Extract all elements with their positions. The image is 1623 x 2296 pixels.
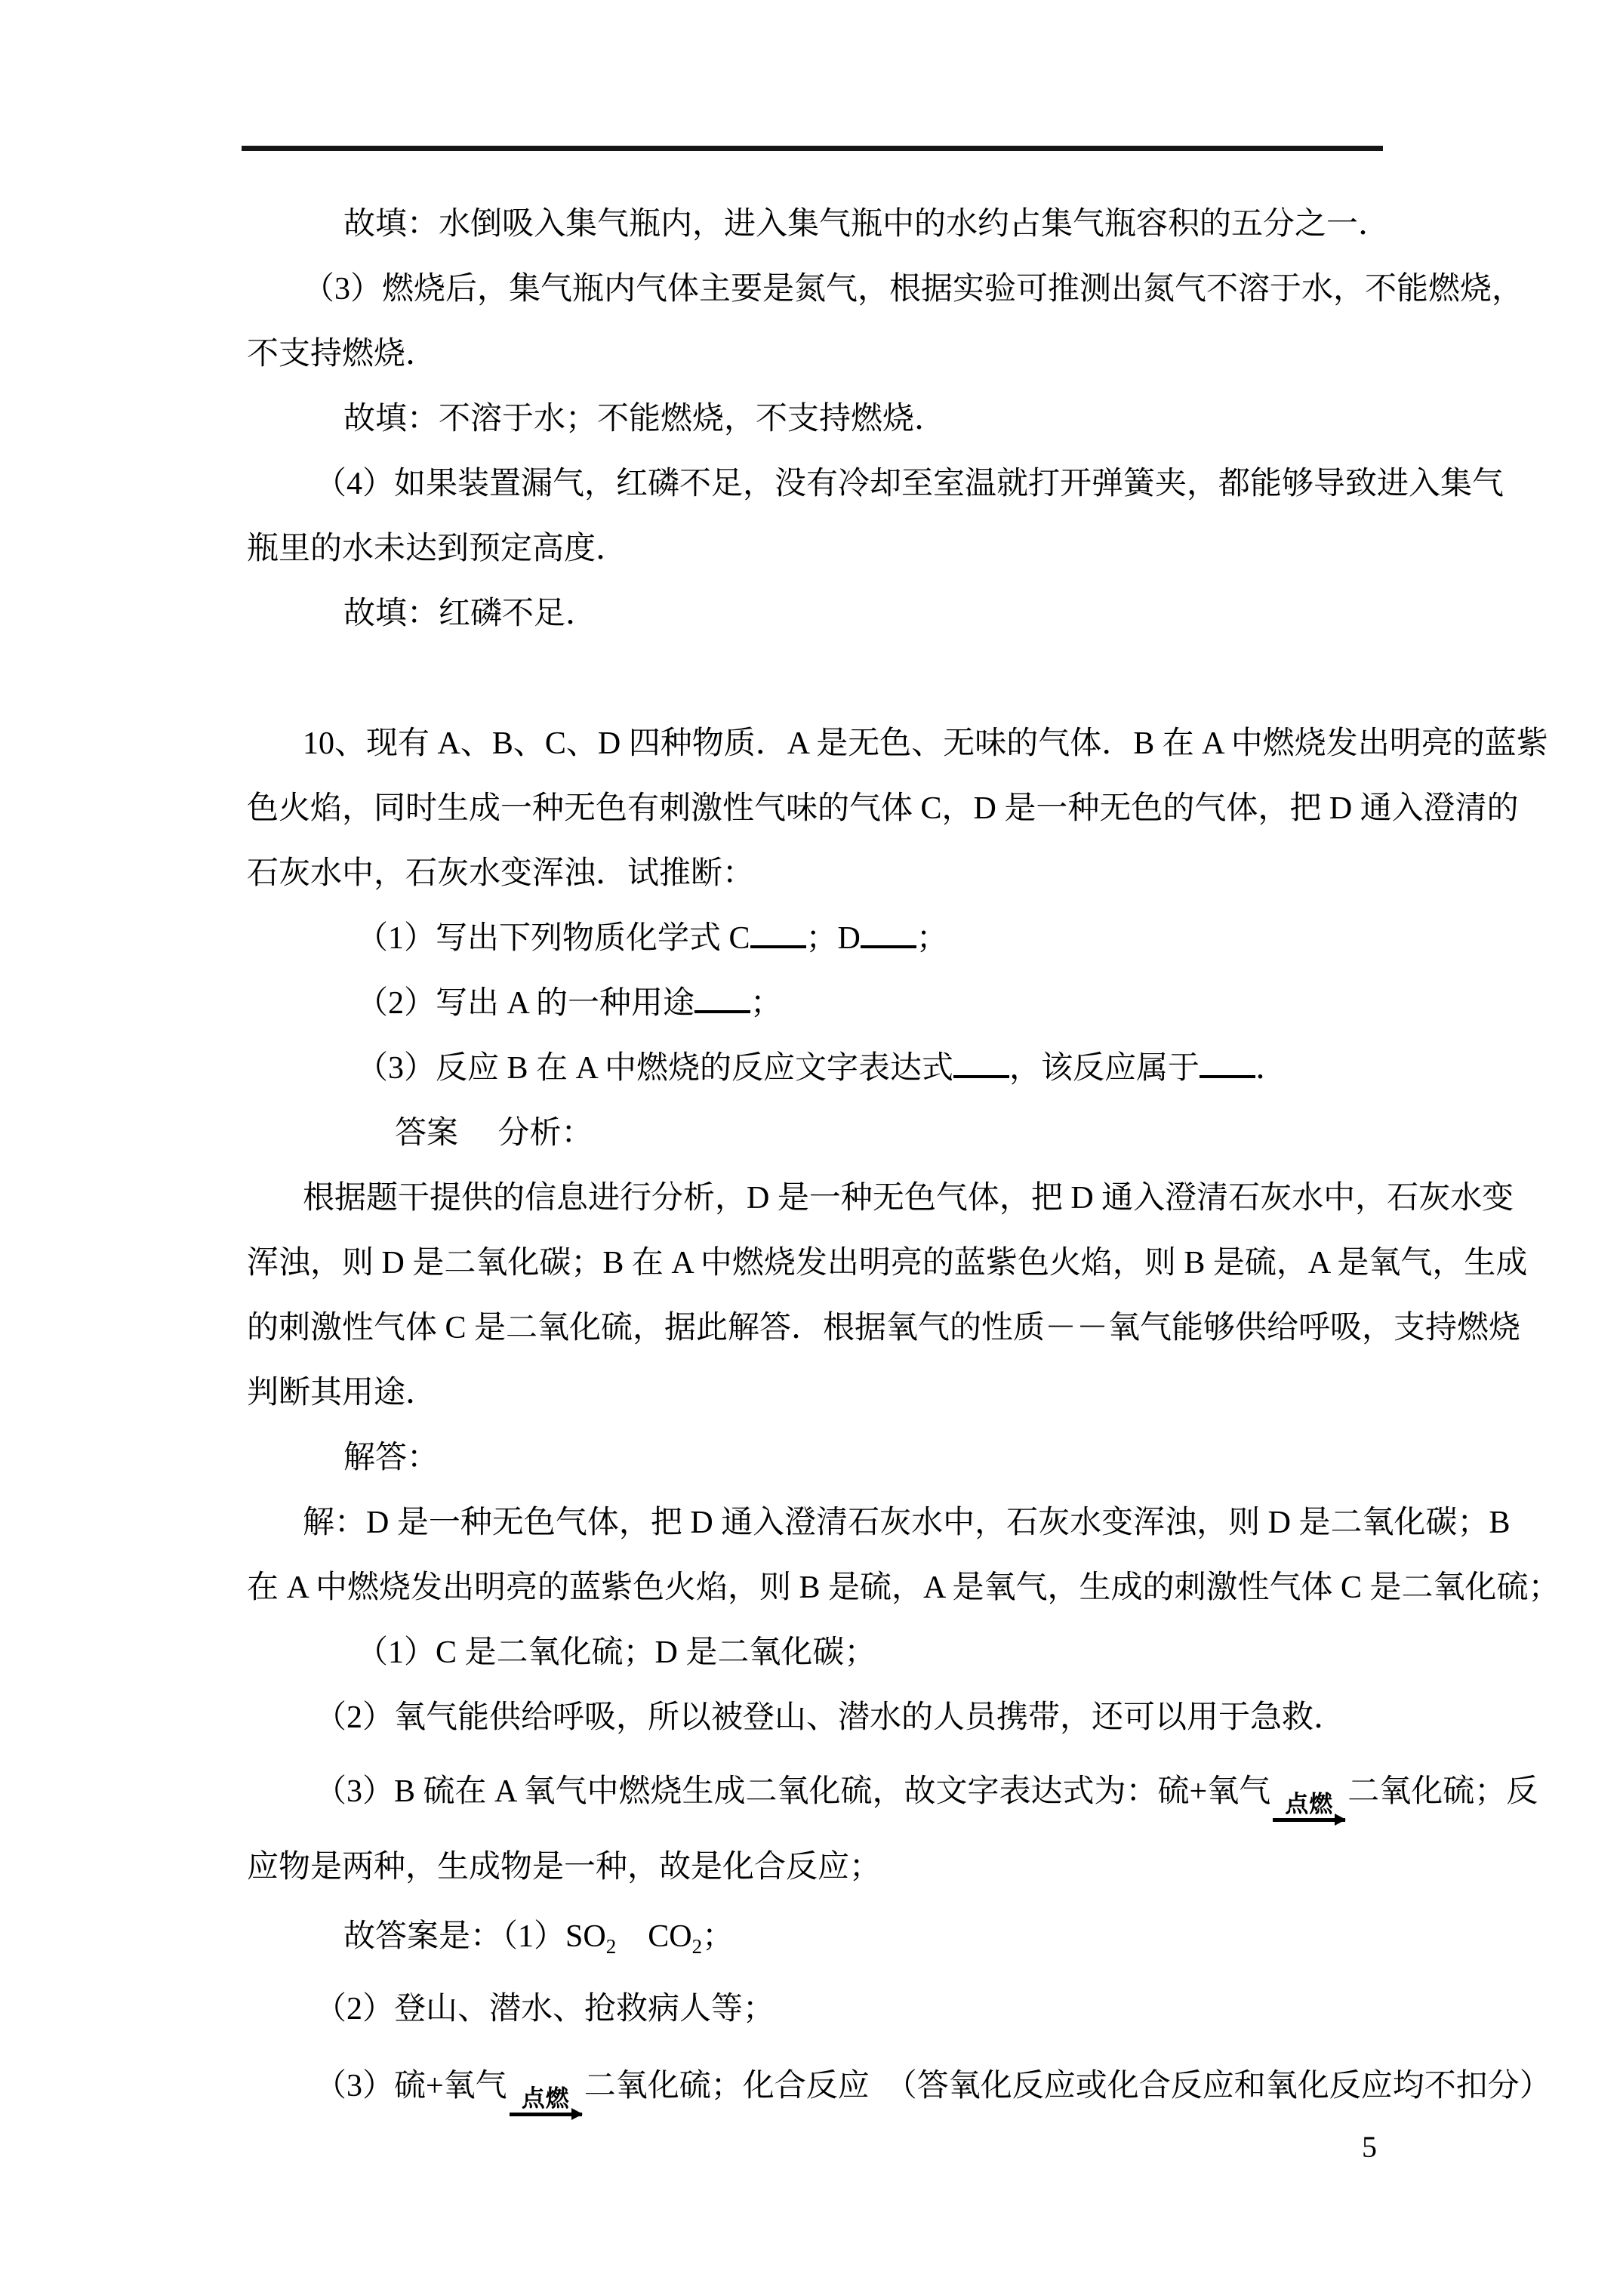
text-run: （3）硫+氧气 (315, 2069, 507, 2103)
text-line: 故答案是：（1）SO2 CO2； (247, 1904, 1447, 1969)
text-line: 判断其用途． (247, 1361, 1447, 1425)
text-run: （2）氧气能供给呼吸，所以被登山、潜水的人员携带，还可以用于急救． (315, 1700, 1345, 1735)
text-run: 答案 分析： (395, 1116, 593, 1151)
ignite-condition-arrow: 点燃 (510, 2087, 582, 2116)
text-line: 色火焰，同时生成一种无色有刺激性气味的气体 C，D 是一种无色的气体，把 D 通… (247, 776, 1447, 841)
text-run: 石灰水中，石灰水变浑浊．试推断： (247, 856, 754, 891)
text-line: （4）如果装置漏气，红磷不足，没有冷却至室温就打开弹簧夹，都能够导致进入集气 (247, 451, 1447, 516)
text-line: 瓶里的水未达到预定高度． (247, 516, 1447, 581)
answer-blank (694, 1010, 750, 1013)
text-line: （2）氧气能供给呼吸，所以被登山、潜水的人员携带，还可以用于急救． (247, 1685, 1447, 1750)
text-run: ，该反应属于 (1009, 1051, 1200, 1086)
text-run: 浑浊，则 D 是二氧化碳；B 在 A 中燃烧发出明亮的蓝紫色火焰，则 B 是硫，… (247, 1246, 1527, 1281)
text-run: 故填：水倒吸入集气瓶内，进入集气瓶中的水约占集气瓶容积的五分之一． (343, 207, 1390, 242)
answer-blank (861, 945, 916, 948)
text-line: 在 A 中燃烧发出明亮的蓝紫色火焰，则 B 是硫，A 是氧气，生成的刺激性气体 … (247, 1555, 1447, 1620)
text-run: （3）燃烧后，集气瓶内气体主要是氮气，根据实验可推测出氮气不溶于水，不能燃烧， (303, 272, 1523, 307)
text-line: 解答： (247, 1425, 1447, 1490)
right-arrow-icon (510, 2113, 582, 2116)
text-line: 石灰水中，石灰水变浑浊．试推断： (247, 841, 1447, 906)
text-run: 色火焰，同时生成一种无色有刺激性气味的气体 C，D 是一种无色的气体，把 D 通… (247, 791, 1519, 826)
text-line: （2）登山、潜水、抢救病人等； (247, 1977, 1447, 2042)
text-run: （3）反应 B 在 A 中燃烧的反应文字表达式 (356, 1051, 953, 1086)
header-rule (242, 146, 1383, 151)
text-run: 解：D 是一种无色气体，把 D 通入澄清石灰水中，石灰水变浑浊，则 D 是二氧化… (303, 1505, 1511, 1540)
text-run: （1）写出下列物质化学式 C (356, 921, 750, 956)
right-arrow-icon (1273, 1818, 1345, 1822)
text-line: （1）写出下列物质化学式 C；D； (247, 906, 1447, 971)
text-run: （1）C 是二氧化硫；D 是二氧化碳； (356, 1635, 876, 1670)
text-run: ； (750, 986, 782, 1021)
answer-blank (953, 1075, 1009, 1078)
text-line: （1）C 是二氧化硫；D 是二氧化碳； (247, 1620, 1447, 1685)
text-run: 故填：不溶于水；不能燃烧，不支持燃烧． (343, 402, 946, 436)
text-run: 10、现有 A、B、C、D 四种物质．A 是无色、无味的气体．B 在 A 中燃烧… (303, 726, 1548, 761)
text-run: 在 A 中燃烧发出明亮的蓝紫色火焰，则 B 是硫，A 是氧气，生成的刺激性气体 … (247, 1570, 1560, 1605)
text-run: （3）B 硫在 A 氧气中燃烧生成二氧化硫，故文字表达式为：硫+氧气 (315, 1774, 1270, 1809)
answer-blank (1200, 1075, 1255, 1078)
document-lines: 故填：水倒吸入集气瓶内，进入集气瓶中的水约占集气瓶容积的五分之一．（3）燃烧后，… (247, 192, 1447, 2119)
subscript: 2 (606, 1935, 617, 1958)
text-line: 10、现有 A、B、C、D 四种物质．A 是无色、无味的气体．B 在 A 中燃烧… (247, 711, 1447, 776)
text-run: （4）如果装置漏气，红磷不足，没有冷却至室温就打开弹簧夹，都能够导致进入集气 (315, 467, 1504, 501)
text-run: 解答： (343, 1441, 439, 1475)
text-line: 故填：水倒吸入集气瓶内，进入集气瓶中的水约占集气瓶容积的五分之一． (247, 192, 1447, 257)
text-line: （3）硫+氧气点燃二氧化硫；化合反应 （答氧化反应或化合反应和氧化反应均不扣分） (247, 2054, 1447, 2119)
answer-blank (750, 945, 806, 948)
text-run: ； (702, 1919, 734, 1954)
text-line: （3）反应 B 在 A 中燃烧的反应文字表达式，该反应属于． (247, 1036, 1447, 1101)
page-number: 5 (1362, 2129, 1377, 2165)
text-run: 应物是两种，生成物是一种，故是化合反应； (247, 1850, 881, 1885)
text-run: ； (916, 921, 948, 956)
text-run: （2）写出 A 的一种用途 (356, 986, 694, 1021)
text-line: 故填：不溶于水；不能燃烧，不支持燃烧． (247, 387, 1447, 451)
text-run: 瓶里的水未达到预定高度． (247, 532, 627, 566)
text-run: 二氧化硫；化合反应 （答氧化反应或化合反应和氧化反应均不扣分） (584, 2069, 1551, 2103)
blank-line (247, 646, 1447, 711)
text-run: 不支持燃烧． (247, 337, 437, 371)
text-line: （3）燃烧后，集气瓶内气体主要是氮气，根据实验可推测出氮气不溶于水，不能燃烧， (247, 257, 1447, 322)
ignite-label: 点燃 (522, 2087, 570, 2110)
ignite-label: 点燃 (1285, 1792, 1333, 1816)
text-run: 二氧化硫；反 (1347, 1774, 1538, 1809)
subscript: 2 (692, 1935, 703, 1958)
text-line: 答案 分析： (247, 1101, 1447, 1166)
text-run: 故填：红磷不足． (343, 596, 597, 631)
text-line: 应物是两种，生成物是一种，故是化合反应； (247, 1835, 1447, 1900)
text-run: ；D (806, 921, 861, 956)
text-run: 根据题干提供的信息进行分析，D 是一种无色气体，把 D 通入澄清石灰水中，石灰水… (303, 1181, 1514, 1216)
text-line: （2）写出 A 的一种用途； (247, 971, 1447, 1036)
text-line: 不支持燃烧． (247, 322, 1447, 387)
text-run: CO (616, 1919, 691, 1954)
text-run: 故答案是：（1）SO (343, 1919, 606, 1954)
text-run: 的刺激性气体 C 是二氧化硫，据此解答．根据氧气的性质－－氧气能够供给呼吸，支持… (247, 1311, 1520, 1345)
text-run: （2）登山、潜水、抢救病人等； (315, 1992, 775, 2026)
ignite-condition-arrow: 点燃 (1273, 1792, 1345, 1822)
text-line: 故填：红磷不足． (247, 581, 1447, 646)
text-line: 的刺激性气体 C 是二氧化硫，据此解答．根据氧气的性质－－氧气能够供给呼吸，支持… (247, 1296, 1447, 1361)
text-line: 浑浊，则 D 是二氧化碳；B 在 A 中燃烧发出明亮的蓝紫色火焰，则 B 是硫，… (247, 1231, 1447, 1296)
text-line: 解：D 是一种无色气体，把 D 通入澄清石灰水中，石灰水变浑浊，则 D 是二氧化… (247, 1490, 1447, 1555)
text-line: 根据题干提供的信息进行分析，D 是一种无色气体，把 D 通入澄清石灰水中，石灰水… (247, 1166, 1447, 1231)
text-run: 判断其用途． (247, 1376, 437, 1410)
text-run: ． (1255, 1051, 1287, 1086)
document-page: 故填：水倒吸入集气瓶内，进入集气瓶中的水约占集气瓶容积的五分之一．（3）燃烧后，… (0, 0, 1623, 2296)
text-line: （3）B 硫在 A 氧气中燃烧生成二氧化硫，故文字表达式为：硫+氧气点燃二氧化硫… (247, 1759, 1447, 1824)
